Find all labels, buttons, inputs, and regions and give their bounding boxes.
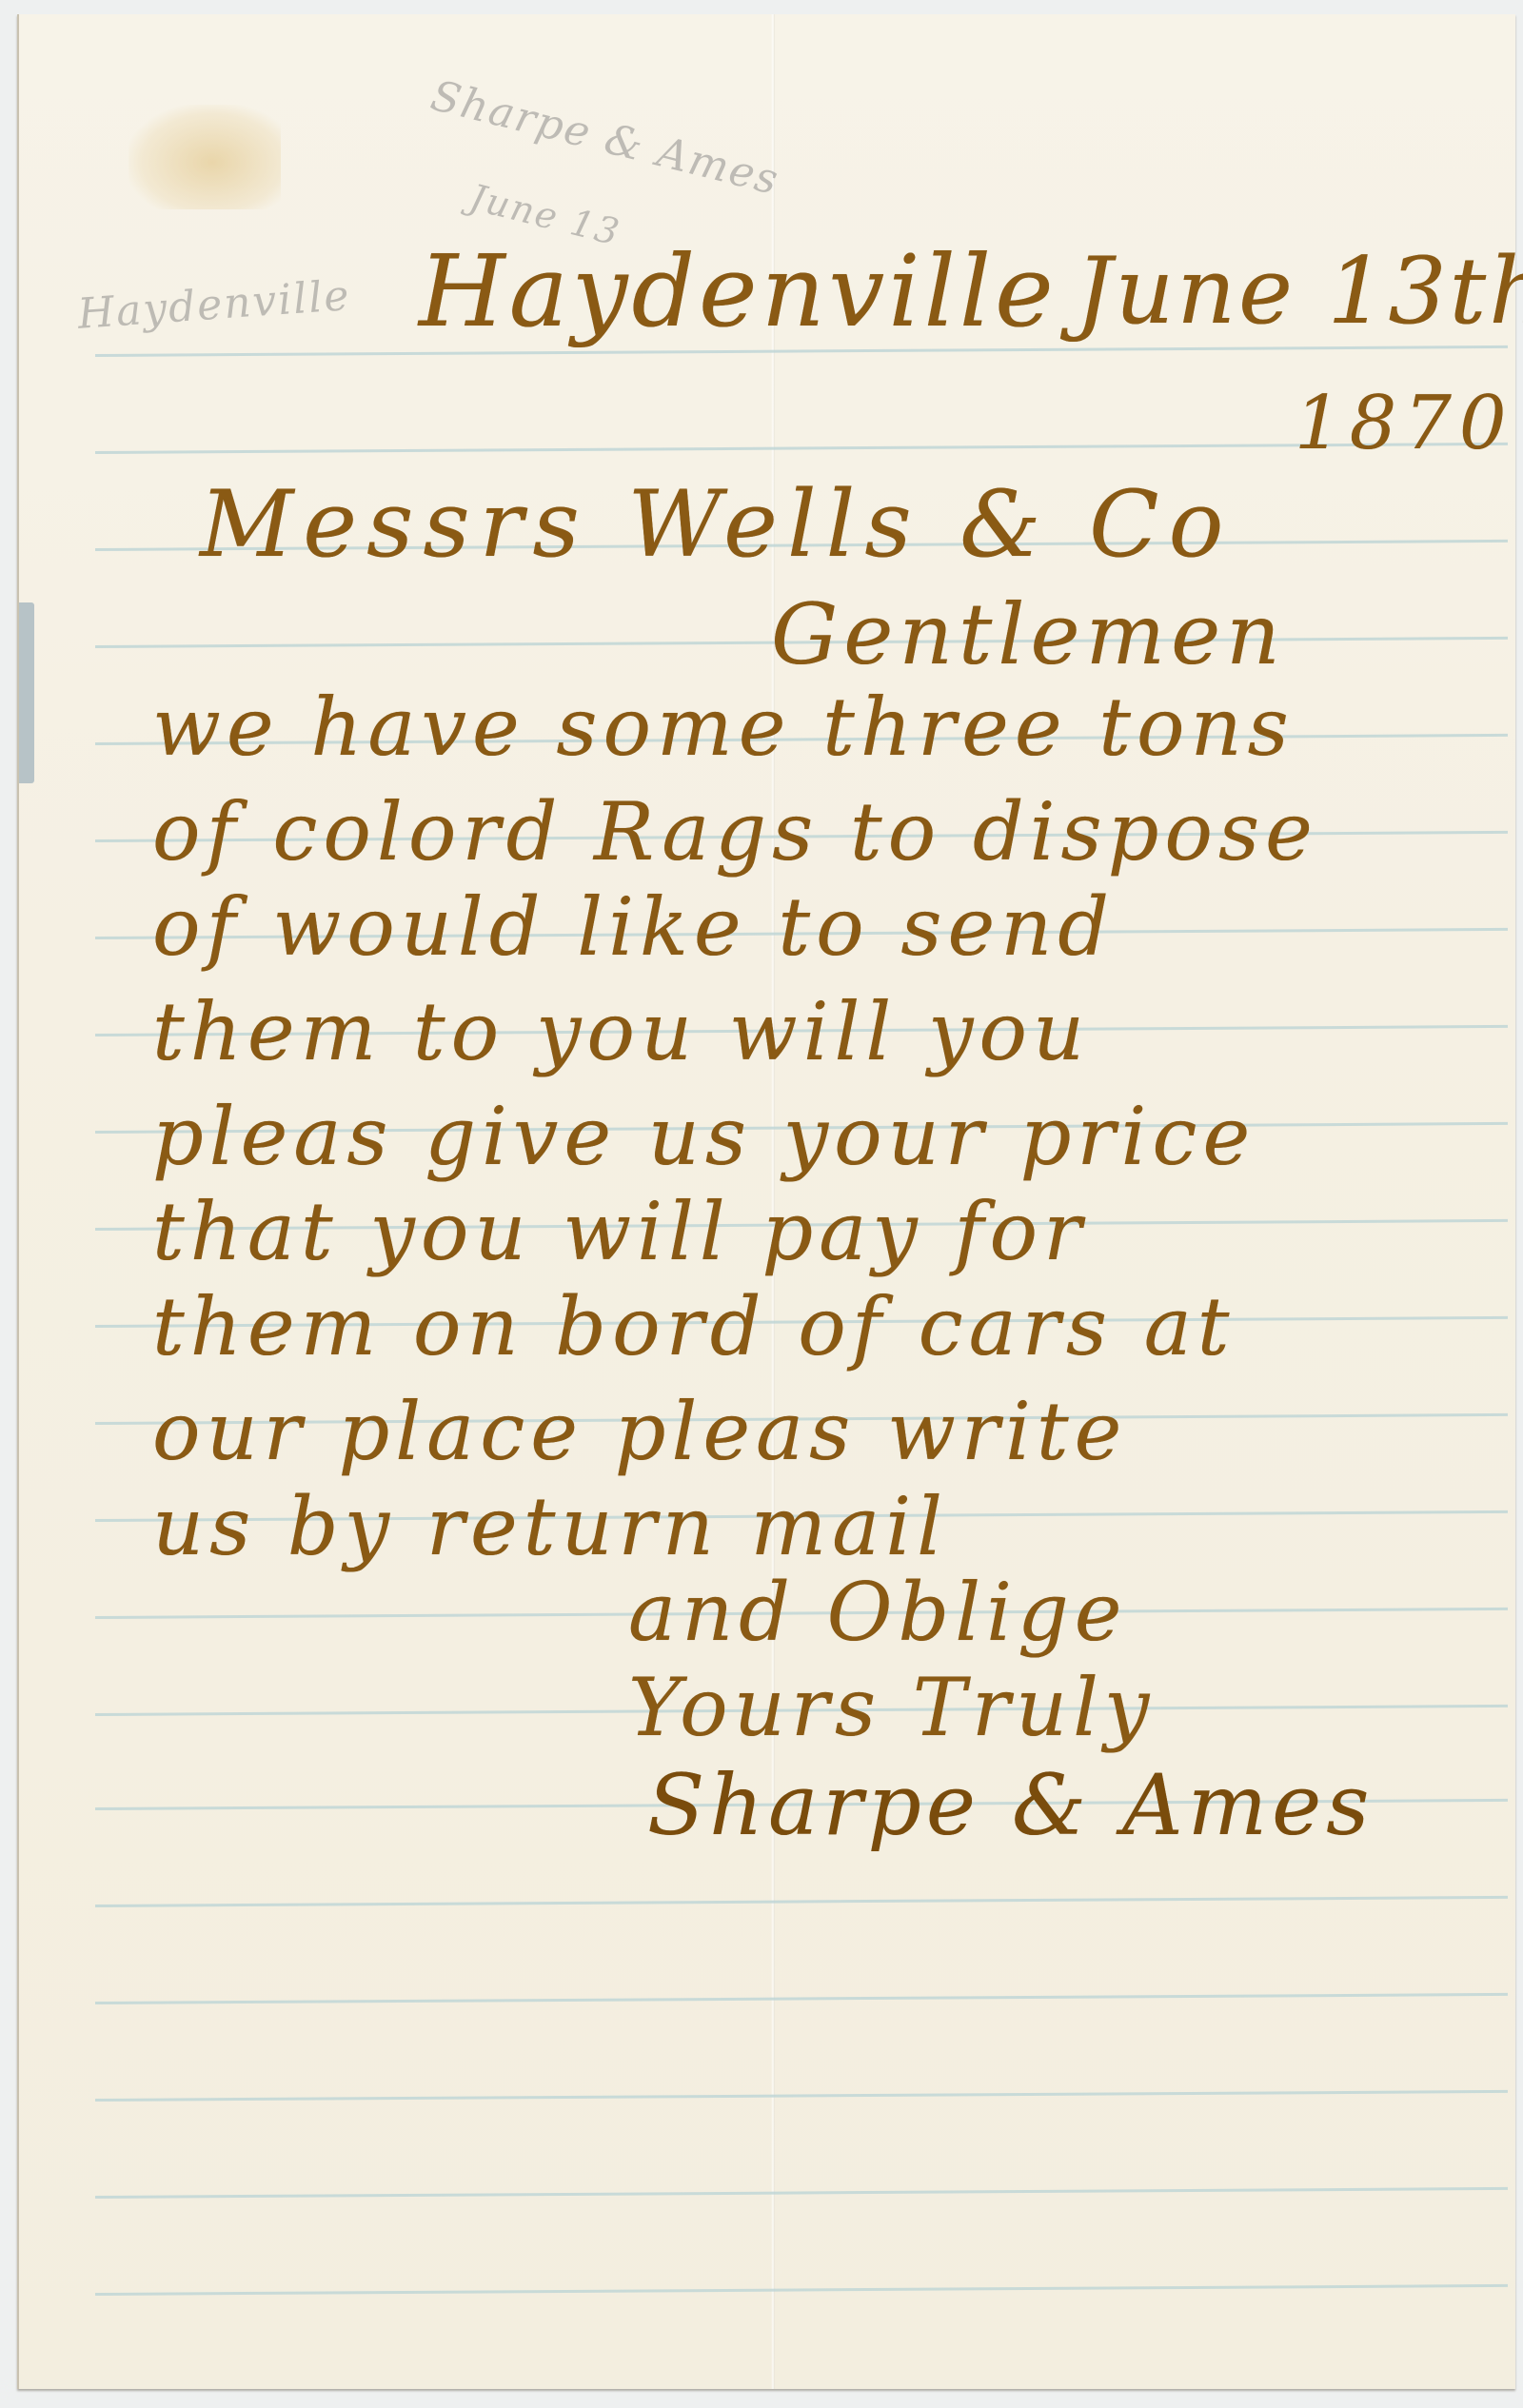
body-line: of colord Rags to dispose [152,785,1318,878]
body-line: our place pleas write [152,1385,1127,1478]
dateline-year: 1870 [1295,381,1514,466]
body-line: us by return mail [152,1480,948,1573]
closing-line-2: Yours Truly [628,1661,1155,1754]
closing-line-1: and Oblige [628,1566,1128,1659]
docket-line-3: Haydenville [76,271,352,339]
letter-paper: Sharpe & Ames June 13 Haydenville Hayden… [17,14,1515,2389]
ruled-line [95,1896,1508,1907]
ruled-line [95,1993,1508,2004]
body-line: them to you will you [152,985,1090,1078]
body-line: we have some three tons [152,681,1295,774]
binding-tab [19,602,34,783]
dateline-place: Haydenville [419,233,1058,349]
addressee: Messrs Wells & Co [200,471,1233,578]
water-stain [129,105,281,209]
body-line: pleas give us your price [152,1090,1256,1183]
body-line: of would like to send [152,880,1115,974]
ruled-line [95,2090,1508,2102]
dateline-date: June 13th [1076,238,1523,345]
ruled-line [95,2187,1508,2199]
body-line: that you will pay for [152,1185,1087,1278]
ruled-line [95,2284,1508,2296]
body-line: them on bord of cars at [152,1280,1236,1373]
salutation: Gentlemen [771,585,1286,683]
signature: Sharpe & Ames [647,1756,1374,1854]
